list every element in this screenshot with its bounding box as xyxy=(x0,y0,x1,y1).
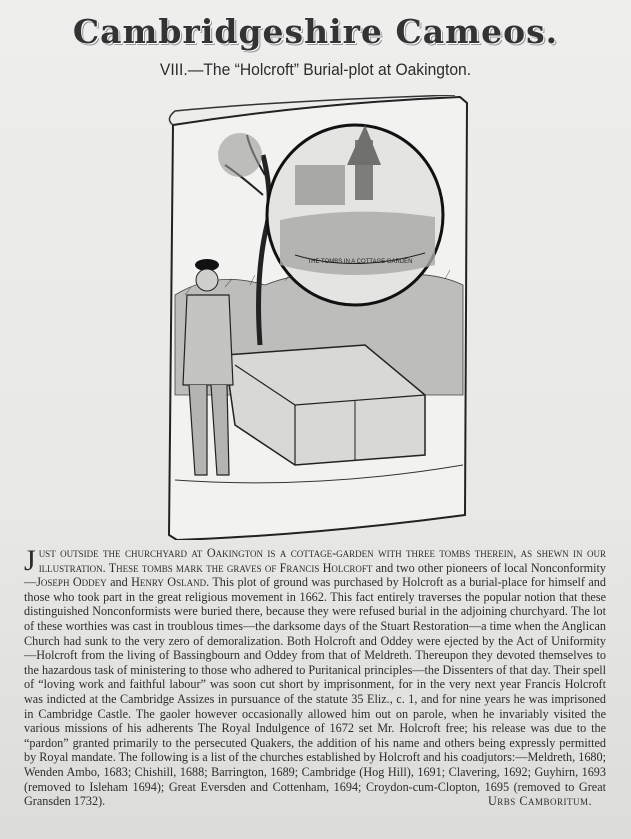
engraving-illustration-icon: THE TOMBS IN A COTTAGE GARDEN xyxy=(155,95,475,540)
person-name: Joseph Oddey xyxy=(36,575,106,589)
article-subtitle: VIII.—The “Holcroft” Burial-plot at Oaki… xyxy=(25,60,606,80)
article-body: Just outside the churchyard at Oakington… xyxy=(24,546,606,809)
person-name: Francis Holcroft xyxy=(280,561,373,575)
article-text: . This plot of ground was purchased by H… xyxy=(24,575,606,808)
inset-caption: THE TOMBS IN A COTTAGE GARDEN xyxy=(307,259,412,265)
author-signature: Urbs Camboritum. xyxy=(488,794,592,809)
person-name: Henry Osland xyxy=(131,575,206,589)
article-text: and xyxy=(107,575,131,589)
page-title: Cambridgeshire Cameos. xyxy=(0,12,631,51)
document-page: Cambridgeshire Cameos. VIII.—The “Holcro… xyxy=(0,0,631,839)
drop-cap: J xyxy=(24,548,36,574)
